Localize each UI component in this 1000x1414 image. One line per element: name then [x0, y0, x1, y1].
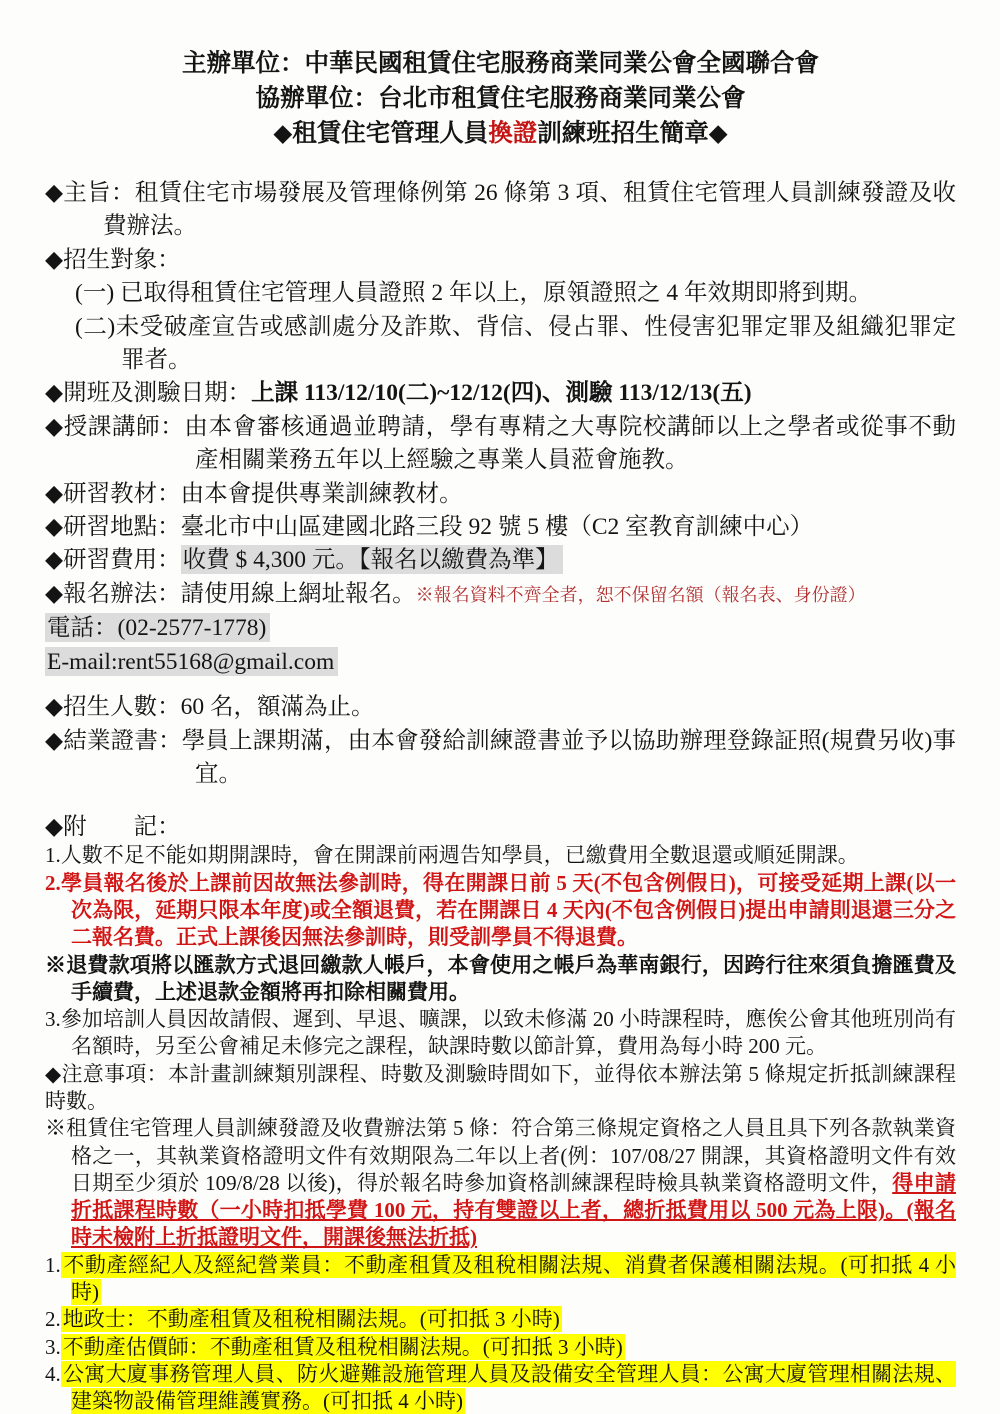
credit-item-1-text-highlighted: 不動產經紀人及經紀營業員：不動產租賃及租稅相關法規、消費者保護相關法規。(可扣抵… [61, 1252, 956, 1305]
register-label: ◆報名辦法：請使用線上網址報名。 [45, 581, 416, 607]
credit-item-3: 3.不動產估價師：不動產租賃及租稅相關法規。(可扣抵 3 小時) [45, 1334, 956, 1361]
document-title: ◆租賃住宅管理人員換證訓練班招生簡章◆ [45, 116, 956, 151]
fee-value-highlighted: 收費 $ 4,300 元。【報名以繳費為準】 [181, 545, 563, 574]
scanned-recruitment-brochure: 主辦單位：中華民國租賃住宅服務商業同業公會全國聯合會 協辦單位：台北市租賃住宅服… [0, 0, 1000, 1414]
credit-item-2-text-highlighted: 地政士：不動產租賃及租稅相關法規。(可扣抵 3 小時) [61, 1306, 562, 1332]
fee-label: ◆研習費用： [45, 547, 181, 573]
credit-item-2: 2.地政士：不動產租賃及租稅相關法規。(可扣抵 3 小時) [45, 1306, 956, 1333]
note-item-3-number: 3. [45, 1007, 61, 1031]
schedule-line: ◆開班及測驗日期：上課 113/12/10(二)~12/12(四)、測驗 113… [45, 377, 956, 410]
document-header: 主辦單位：中華民國租賃住宅服務商業同業公會全國聯合會 協辦單位：台北市租賃住宅服… [45, 46, 956, 151]
register-red-note: ※報名資料不齊全者，恕不保留名額（報名表、身份證） [416, 585, 866, 605]
purpose-line: ◆主旨：租賃住宅市場發展及管理條例第 26 條第 3 項、租賃住宅管理人員訓練發… [45, 177, 956, 244]
note-item-1-number: 1. [45, 843, 61, 867]
target-item-1: (一) 已取得租賃住宅管理人員證照 2 年以上，原領證照之 4 年效期即將到期。 [75, 277, 956, 310]
phone-line: 電話：(02-2577-1778) [45, 612, 956, 645]
rule-paragraph: ※租賃住宅管理人員訓練發證及收費辦法第 5 條：符合第三條規定資格之人員且具下列… [45, 1115, 956, 1251]
credit-item-2-number: 2. [45, 1307, 61, 1331]
main-section: ◆主旨：租賃住宅市場發展及管理條例第 26 條第 3 項、租賃住宅管理人員訓練發… [45, 177, 956, 791]
spacer [45, 679, 956, 691]
title-suffix: 訓練班招生簡章◆ [537, 120, 727, 147]
credit-item-1: 1.不動產經紀人及經紀營業員：不動產租賃及租稅相關法規、消費者保護相關法規。(可… [45, 1252, 956, 1307]
note-item-3-text: 參加培訓人員因故請假、遲到、早退、曠課，以致未修滿 20 小時課程時，應俟公會其… [61, 1007, 956, 1058]
attention-line: ◆注意事項：本計畫訓練類別課程、時數及測驗時間如下，並得依本辦法第 5 條規定折… [45, 1061, 956, 1116]
note-item-2: 2.學員報名後於上課前因故無法參訓時，得在開課日前 5 天(不包含例假日)，可接… [45, 870, 956, 952]
schedule-label: ◆開班及測驗日期： [45, 380, 251, 406]
location-line: ◆研習地點：臺北市中山區建國北路三段 92 號 5 樓（C2 室教育訓練中心） [45, 511, 956, 544]
credit-item-3-text-highlighted: 不動產估價師：不動產租賃及租稅相關法規。(可扣抵 3 小時) [61, 1334, 625, 1360]
schedule-value: 上課 113/12/10(二)~12/12(四)、測驗 113/12/13(五) [251, 380, 751, 406]
target-item-2: (二)未受破產宣告或感訓處分及詐欺、背信、侵占罪、性侵害犯罪定罪及組織犯罪定罪者… [75, 311, 956, 378]
quota-line: ◆招生人數：60 名，額滿為止。 [45, 691, 956, 724]
refund-note-text: 退費款項將以匯款方式退回繳款人帳戶，本會使用之帳戶為華南銀行，因跨行往來須負擔匯… [66, 953, 956, 1004]
phone-value-highlighted: 電話：(02-2577-1778) [45, 613, 270, 642]
title-highlight-red: 換證 [488, 120, 537, 147]
register-line: ◆報名辦法：請使用線上網址報名。※報名資料不齊全者，恕不保留名額（報名表、身份證… [45, 578, 956, 612]
refund-note: ※退費款項將以匯款方式退回繳款人帳戶，本會使用之帳戶為華南銀行，因跨行往來須負擔… [45, 952, 956, 1007]
rule-black-text: ※租賃住宅管理人員訓練發證及收費辦法第 5 條：符合第三條規定資格之人員且具下列… [45, 1116, 956, 1195]
credit-item-4-number: 4. [45, 1362, 61, 1386]
title-prefix: ◆租賃住宅管理人員 [273, 120, 488, 147]
refund-note-mark: ※ [45, 953, 66, 977]
note-item-2-text: 學員報名後於上課前因故無法參訓時，得在開課日前 5 天(不包含例假日)，可接受延… [61, 871, 956, 950]
email-line: E-mail:rent55168@gmail.com [45, 646, 956, 679]
spacer [45, 791, 956, 812]
email-value-highlighted: E-mail:rent55168@gmail.com [45, 647, 338, 676]
target-label: ◆招生對象： [45, 244, 956, 277]
note-item-1-text: 人數不足不能如期開課時，會在開課前兩週告知學員，已繳費用全數退還或順延開課。 [61, 843, 859, 867]
appendix-section: ◆附 記： 1.人數不足不能如期開課時，會在開課前兩週告知學員，已繳費用全數退還… [45, 812, 956, 1414]
note-item-1: 1.人數不足不能如期開課時，會在開課前兩週告知學員，已繳費用全數退還或順延開課。 [45, 842, 956, 869]
credit-item-3-number: 3. [45, 1335, 61, 1359]
co-organizer-line: 協辦單位：台北市租賃住宅服務商業同業公會 [45, 81, 956, 116]
note-item-2-number: 2. [45, 871, 61, 895]
fee-line: ◆研習費用：收費 $ 4,300 元。【報名以繳費為準】 [45, 544, 956, 577]
credit-item-4-text-highlighted: 公寓大廈事務管理人員、防火避難設施管理人員及設備安全管理人員：公寓大廈管理相關法… [61, 1361, 956, 1414]
credit-item-1-number: 1. [45, 1253, 61, 1277]
note-item-3: 3.參加培訓人員因故請假、遲到、早退、曠課，以致未修滿 20 小時課程時，應俟公… [45, 1006, 956, 1061]
organizer-line: 主辦單位：中華民國租賃住宅服務商業同業公會全國聯合會 [45, 46, 956, 81]
certificate-line: ◆結業證書：學員上課期滿，由本會發給訓練證書並予以協助辦理登錄証照(規費另收)事… [45, 725, 956, 792]
credit-item-4: 4.公寓大廈事務管理人員、防火避難設施管理人員及設備安全管理人員：公寓大廈管理相… [45, 1361, 956, 1414]
material-line: ◆研習教材：由本會提供專業訓練教材。 [45, 478, 956, 511]
lecturer-line: ◆授課講師：由本會審核通過並聘請，學有專精之大專院校講師以上之學者或從事不動產相… [45, 411, 956, 478]
appendix-heading: ◆附 記： [45, 812, 956, 842]
